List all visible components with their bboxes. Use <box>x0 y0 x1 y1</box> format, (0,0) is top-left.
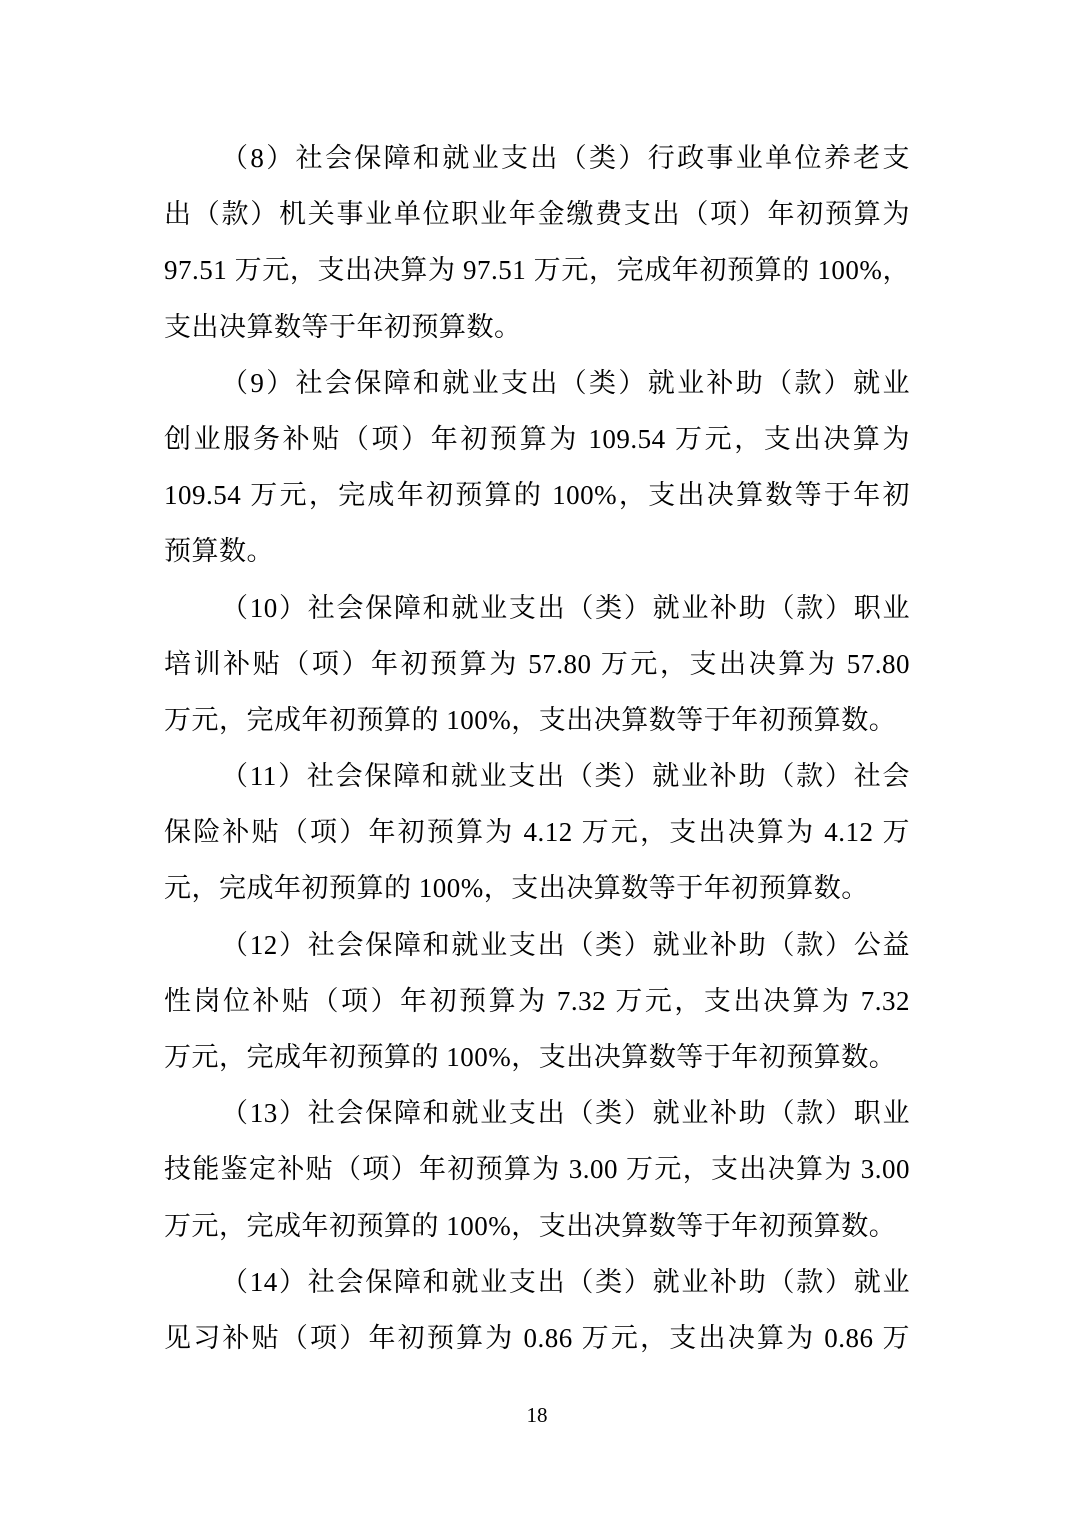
paragraph-13: （13）社会保障和就业支出（类）就业补助（款）职业技能鉴定补贴（项）年初预算为 … <box>164 1085 910 1254</box>
text-line: 见习补贴（项）年初预算为 0.86 万元，支出决算为 0.86 万 <box>164 1310 910 1366</box>
text-line: （10）社会保障和就业支出（类）就业补助（款）职业 <box>164 580 910 636</box>
text-line: 元，完成年初预算的 100%，支出决算数等于年初预算数。 <box>164 860 910 916</box>
text-line: （8）社会保障和就业支出（类）行政事业单位养老支 <box>164 130 910 186</box>
text-line: 创业服务补贴（项）年初预算为 109.54 万元，支出决算为 <box>164 411 910 467</box>
text-line: 预算数。 <box>164 523 910 579</box>
text-line: 万元，完成年初预算的 100%，支出决算数等于年初预算数。 <box>164 1029 910 1085</box>
text-line: （11）社会保障和就业支出（类）就业补助（款）社会 <box>164 748 910 804</box>
page-number: 18 <box>0 1402 1074 1428</box>
document-body: （8）社会保障和就业支出（类）行政事业单位养老支出（款）机关事业单位职业年金缴费… <box>164 130 910 1366</box>
text-line: 技能鉴定补贴（项）年初预算为 3.00 万元，支出决算为 3.00 <box>164 1141 910 1197</box>
text-line: （13）社会保障和就业支出（类）就业补助（款）职业 <box>164 1085 910 1141</box>
paragraph-12: （12）社会保障和就业支出（类）就业补助（款）公益性岗位补贴（项）年初预算为 7… <box>164 917 910 1086</box>
text-line: 万元，完成年初预算的 100%，支出决算数等于年初预算数。 <box>164 1198 910 1254</box>
text-line: 保险补贴（项）年初预算为 4.12 万元，支出决算为 4.12 万 <box>164 804 910 860</box>
paragraph-9: （9）社会保障和就业支出（类）就业补助（款）就业创业服务补贴（项）年初预算为 1… <box>164 355 910 580</box>
document-page: （8）社会保障和就业支出（类）行政事业单位养老支出（款）机关事业单位职业年金缴费… <box>0 0 1074 1520</box>
text-line: （14）社会保障和就业支出（类）就业补助（款）就业 <box>164 1254 910 1310</box>
text-line: 109.54 万元，完成年初预算的 100%，支出决算数等于年初 <box>164 467 910 523</box>
text-line: 培训补贴（项）年初预算为 57.80 万元，支出决算为 57.80 <box>164 636 910 692</box>
text-line: 万元，完成年初预算的 100%，支出决算数等于年初预算数。 <box>164 692 910 748</box>
paragraph-10: （10）社会保障和就业支出（类）就业补助（款）职业培训补贴（项）年初预算为 57… <box>164 580 910 749</box>
text-line: 支出决算数等于年初预算数。 <box>164 299 910 355</box>
text-line: 出（款）机关事业单位职业年金缴费支出（项）年初预算为 <box>164 186 910 242</box>
text-line: 97.51 万元，支出决算为 97.51 万元，完成年初预算的 100%， <box>164 242 910 298</box>
text-line: （12）社会保障和就业支出（类）就业补助（款）公益 <box>164 917 910 973</box>
paragraph-14: （14）社会保障和就业支出（类）就业补助（款）就业见习补贴（项）年初预算为 0.… <box>164 1254 910 1366</box>
paragraph-11: （11）社会保障和就业支出（类）就业补助（款）社会保险补贴（项）年初预算为 4.… <box>164 748 910 917</box>
text-line: 性岗位补贴（项）年初预算为 7.32 万元，支出决算为 7.32 <box>164 973 910 1029</box>
text-line: （9）社会保障和就业支出（类）就业补助（款）就业 <box>164 355 910 411</box>
paragraph-8: （8）社会保障和就业支出（类）行政事业单位养老支出（款）机关事业单位职业年金缴费… <box>164 130 910 355</box>
